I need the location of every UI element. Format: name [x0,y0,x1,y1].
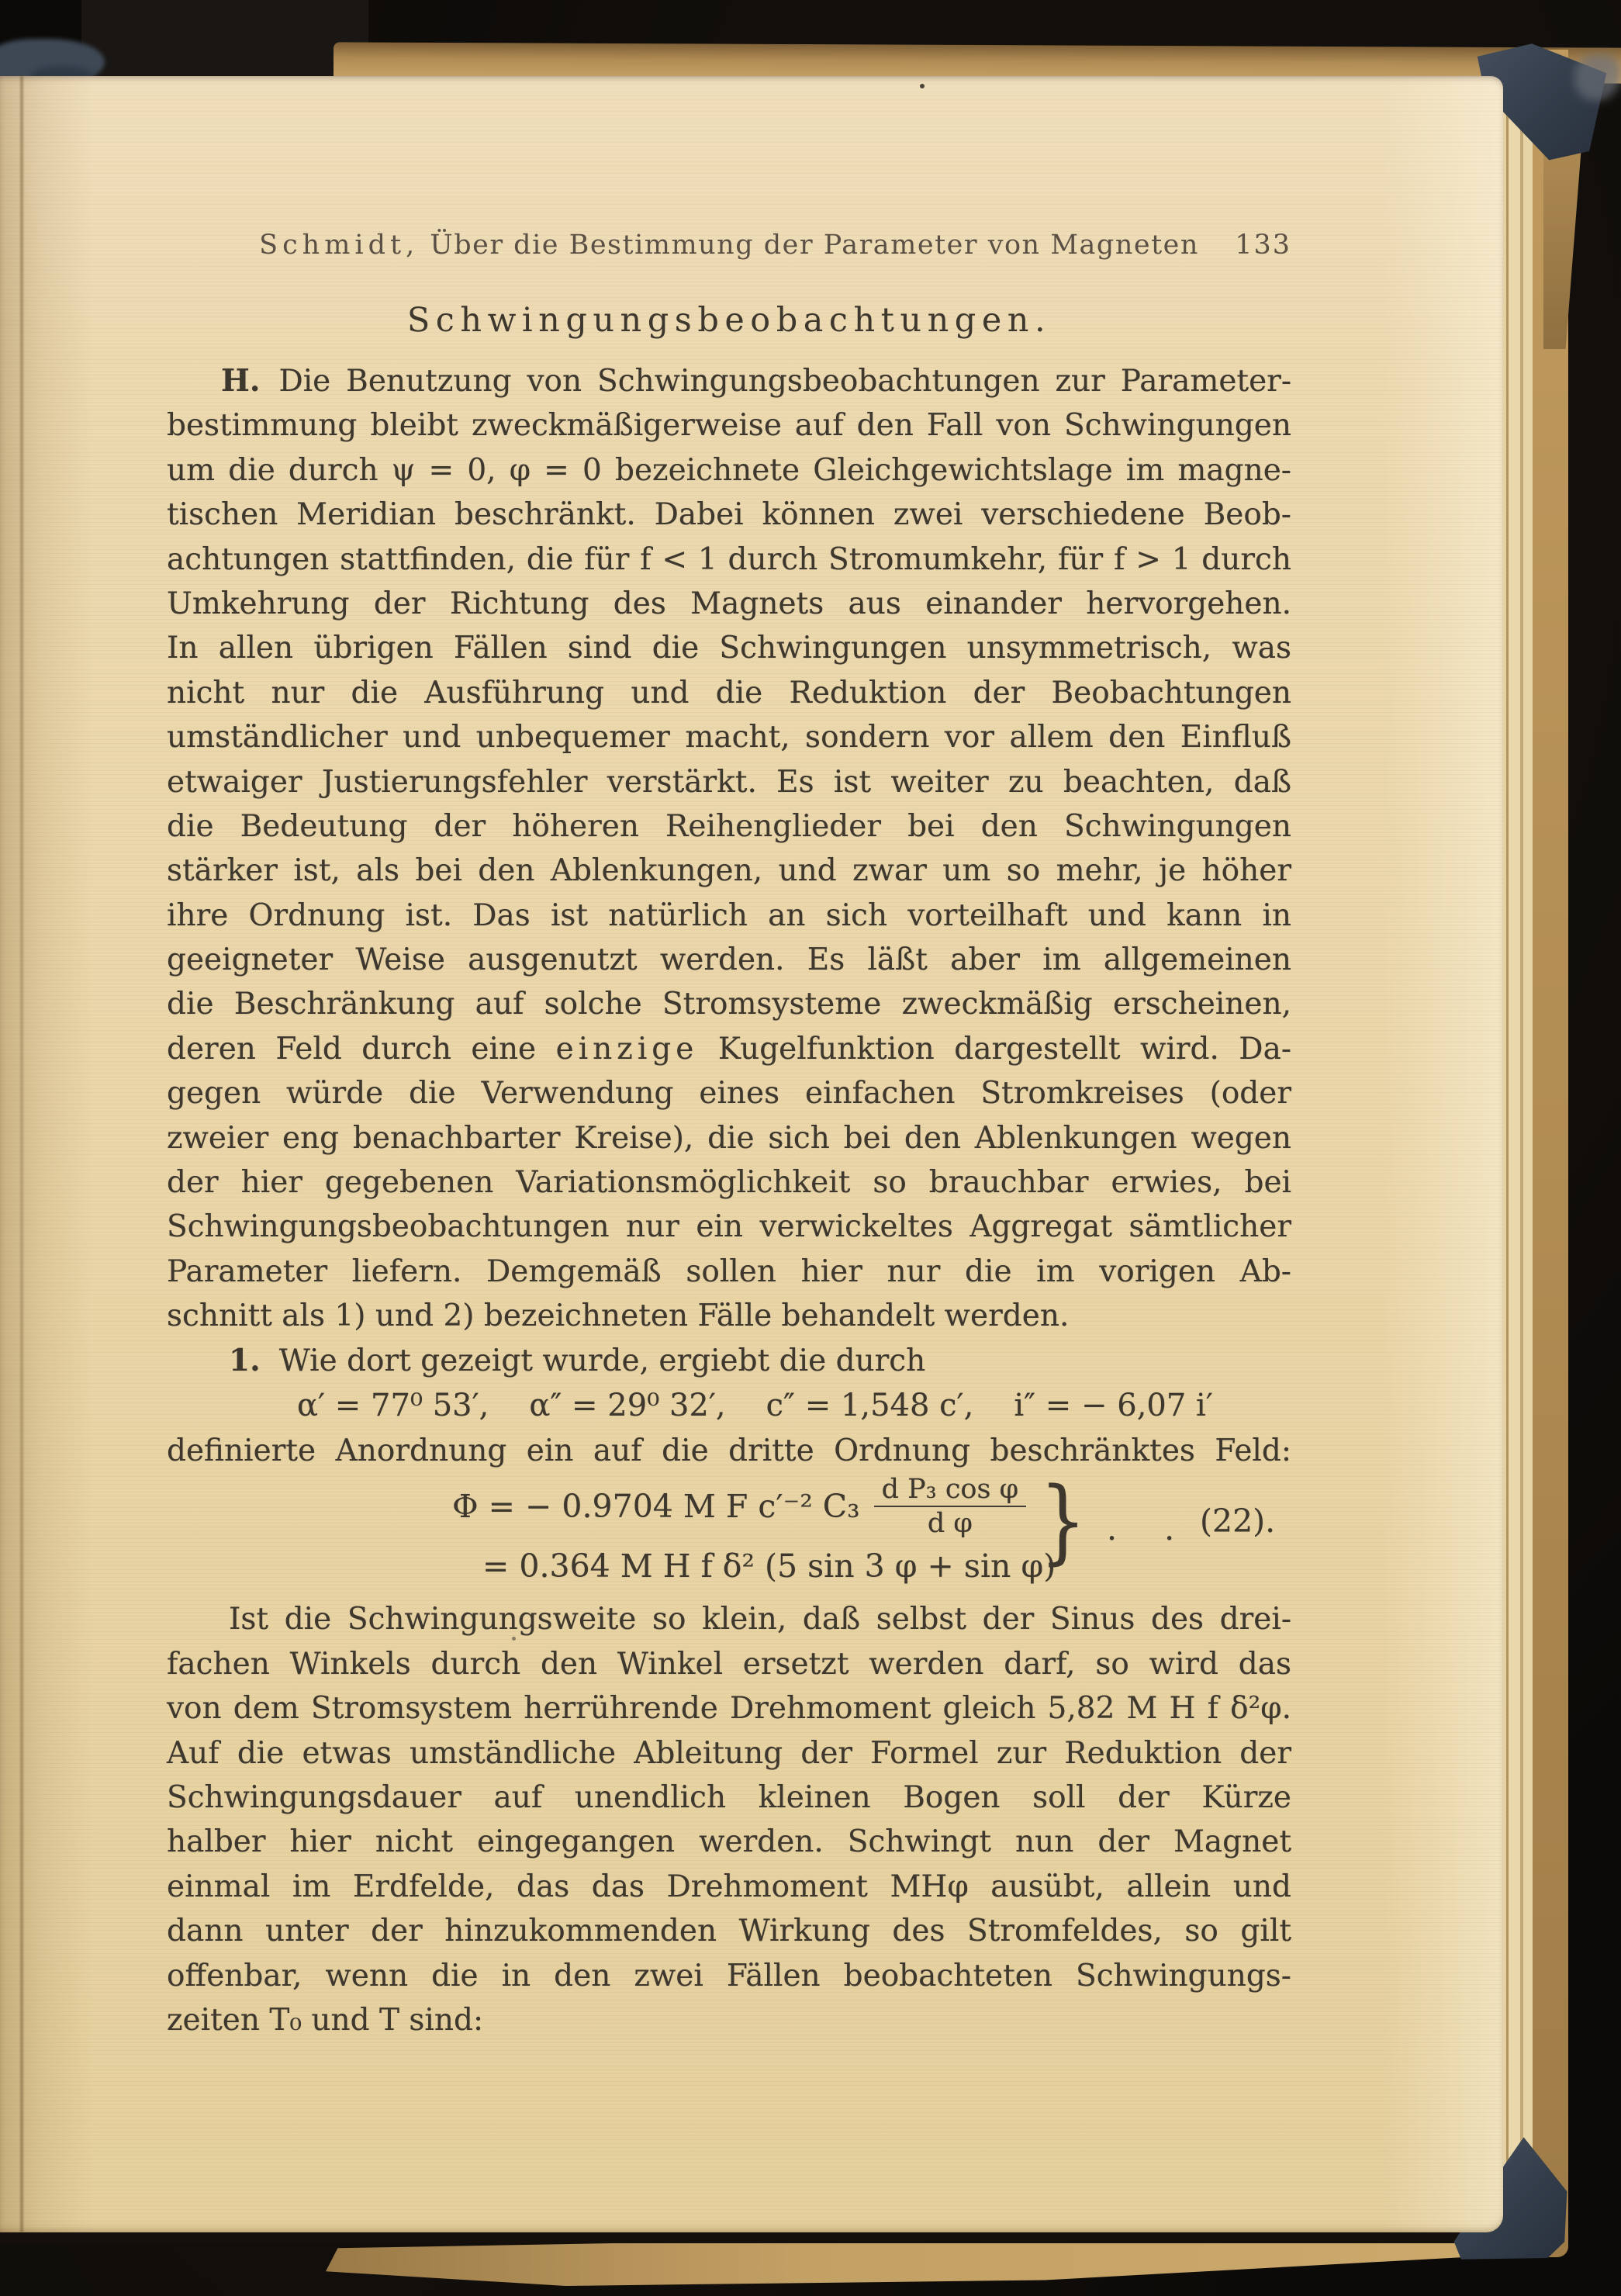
text-line: einmal im Erdfelde, das das Drehmoment M… [167,1865,1291,1909]
section-heading: Schwingungsbeobachtungen. [167,303,1291,338]
text-line: etwaiger Justierungsfehler verstärkt. Es… [167,760,1291,804]
fraction-denominator: d φ [874,1507,1027,1537]
text-line: H.Die Benutzung von Schwingungsbeobachtu… [167,359,1291,403]
line-text: Wie dort gezeigt wurde, ergiebt die durc… [279,1343,926,1378]
equation-dots: . . [1107,1510,1174,1547]
line-text: Kugelfunktion dargestellt wird. Da- [698,1032,1291,1067]
text-line: zeiten T₀ und T sind: [167,1998,1291,2042]
text-line: Parameter liefern. Demgemäß sollen hier … [167,1250,1291,1294]
equation-term: i″ = − 6,07 i′ [1014,1383,1213,1429]
header-title: Über die Bestimmung der Parameter von Ma… [430,230,1199,261]
text-line: tischen Meridian beschränkt. Dabei könne… [167,493,1291,537]
line-text: deren Feld durch eine [167,1032,556,1067]
display-equation-22: Φ = − 0.9704 M F c′⁻² C₃ d P₃ cos φ d φ … [167,1473,1291,1597]
text-line: Schwingungsdauer auf unendlich kleinen B… [167,1776,1291,1820]
text-line: die Beschränkung auf solche Stromsysteme… [167,982,1291,1026]
text-line: umständlicher und unbequemer macht, sond… [167,715,1291,759]
fraction-numerator: d P₃ cos φ [874,1476,1027,1507]
text-line: Auf die etwas umständliche Ableitung der… [167,1731,1291,1776]
text-line: gegen würde die Verwendung eines einfach… [167,1071,1291,1115]
text-line: bestimmung bleibt zweckmäßigerweise auf … [167,403,1291,448]
book-cover-shadow [81,0,368,78]
text-line: von dem Stromsystem herrührende Drehmome… [167,1686,1291,1731]
text-line: halber hier nicht eingegangen werden. Sc… [167,1820,1291,1864]
page-number: 133 [1235,228,1291,262]
text-line: dann unter der hinzukommenden Wirkung de… [167,1909,1291,1953]
text-line: geeigneter Weise ausgenutzt werden. Es l… [167,938,1291,982]
equation-text: Φ = − 0.9704 M F c′⁻² C₃ [452,1488,860,1525]
equation-number: (22). [1200,1502,1275,1540]
text-line: In allen übrigen Fällen sind die Schwing… [167,626,1291,670]
text-line: die Bedeutung der höheren Reihenglieder … [167,804,1291,849]
text-line: nicht nur die Ausführung und die Redukti… [167,671,1291,715]
running-header: Schmidt,Über die Bestimmung der Paramete… [167,228,1291,262]
numbered-item: 1.Wie dort gezeigt wurde, ergiebt die du… [167,1339,1291,1383]
text-line: offenbar, wenn die in den zwei Fällen be… [167,1954,1291,1998]
book-cover-right-edge [1531,50,1568,2257]
text-line: Schwingungsbeobachtungen nur ein verwick… [167,1205,1291,1249]
paragraph-lead: H. [221,363,260,399]
fraction: d P₃ cos φ d φ [874,1476,1027,1537]
equation-brace: } [1040,1470,1087,1571]
text-line: zweier eng benachbarter Kreise), die sic… [167,1116,1291,1160]
text-line-emphasis: deren Feld durch eine einzige Kugelfunkt… [167,1027,1291,1071]
text-line: achtungen stattfinden, die für f < 1 dur… [167,538,1291,582]
text-line: Ist die Schwingungsweite so klein, daß s… [167,1597,1291,1641]
equation-term: α′ = 77⁰ 53′, [297,1383,489,1429]
item-number: 1. [229,1343,261,1378]
line-text: Die Benutzung von Schwingungsbeobachtung… [278,364,1291,399]
text-line: der hier gegebenen Variationsmöglichkeit… [167,1160,1291,1205]
emphasized-word: einzige [556,1032,699,1067]
page-content: Schmidt,Über die Bestimmung der Paramete… [167,76,1291,2042]
header-author: Schmidt, [259,230,419,261]
text-line: schnitt als 1) und 2) bezeichneten Fälle… [167,1294,1291,1338]
text-line: ihre Ordnung ist. Das ist natürlich an s… [167,894,1291,938]
text-line: um die durch ψ = 0, φ = 0 bezeichnete Gl… [167,448,1291,493]
book-page: Schmidt,Über die Bestimmung der Paramete… [0,76,1503,2232]
equation-term: c″ = 1,548 c′, [766,1383,974,1429]
text-line: fachen Winkels durch den Winkel ersetzt … [167,1642,1291,1686]
text-line: Umkehrung der Richtung des Magnets aus e… [167,582,1291,626]
body-text: H.Die Benutzung von Schwingungsbeobachtu… [167,359,1291,2042]
equation-term: α″ = 29⁰ 32′, [529,1383,725,1429]
text-line: stärker ist, als bei den Ablenkungen, un… [167,849,1291,893]
parameter-equation: α′ = 77⁰ 53′, α″ = 29⁰ 32′, c″ = 1,548 c… [297,1383,1291,1429]
equation-line-2: = 0.364 M H f δ² (5 sin 3 φ + sin φ) [482,1547,1291,1585]
text-line: definierte Anordnung ein auf die dritte … [167,1429,1291,1473]
